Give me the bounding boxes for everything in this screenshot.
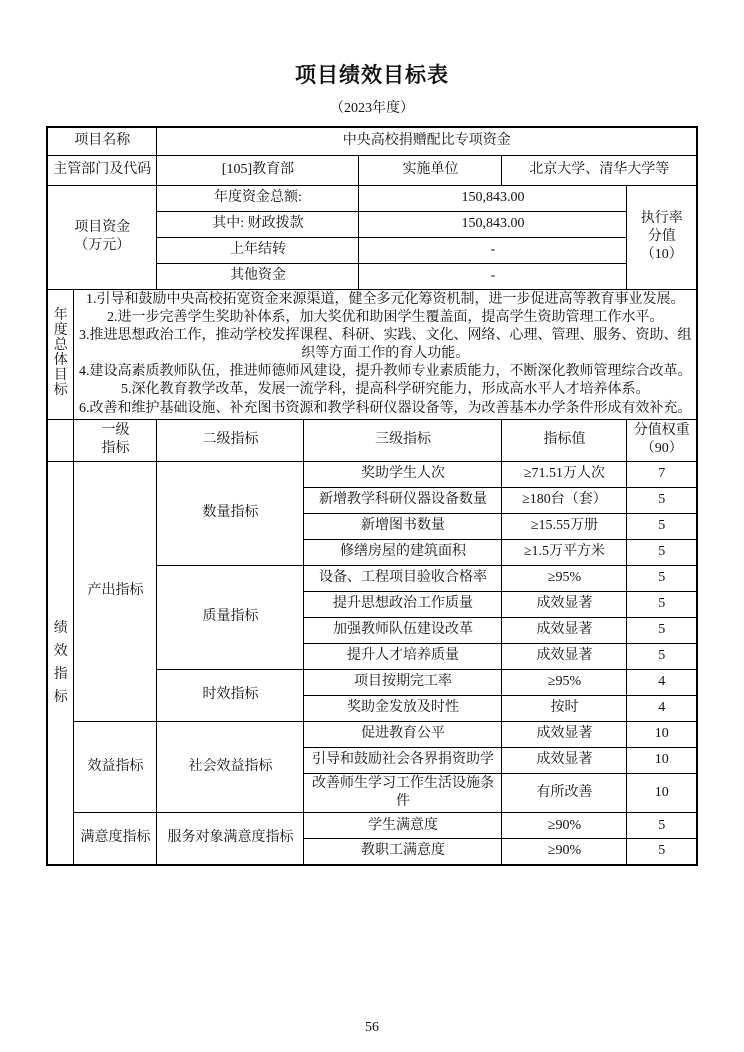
level2-quality: 质量指标 — [157, 565, 304, 669]
indicator-weight: 5 — [627, 487, 697, 513]
table-row: 满意度指标 服务对象满意度指标 学生满意度 ≥90% 5 — [47, 813, 697, 839]
indicator-value: 成效显著 — [502, 643, 627, 669]
indicator-weight: 10 — [627, 773, 697, 812]
annual-goals-cell: 1.引导和鼓励中央高校拓宽资金来源渠道，健全多元化筹资机制，进一步促进高等教育事… — [74, 289, 697, 419]
indicator-weight: 5 — [627, 591, 697, 617]
execution-rate-score-label: 执行率 分值 （10） — [627, 185, 697, 289]
table-row: 效益指标 社会效益指标 促进教育公平 成效显著 10 — [47, 721, 697, 747]
header-weight: 分值权重 （90） — [627, 419, 697, 461]
goal-item: 6.改善和维护基础设施、补充图书资源和教学科研仪器设备等，为改善基本办学条件形成… — [76, 400, 694, 418]
indicator-name: 奖助学生人次 — [304, 461, 502, 487]
indicator-weight: 5 — [627, 643, 697, 669]
indicator-value: ≥90% — [502, 839, 627, 865]
funding-label-line2: （万元） — [50, 237, 155, 255]
indicator-value: 按时 — [502, 695, 627, 721]
indicator-weight: 10 — [627, 721, 697, 747]
header-weight-line1: 分值权重 — [629, 422, 694, 440]
indicator-name: 引导和鼓励社会各界捐资助学 — [304, 747, 502, 773]
indicator-weight: 10 — [627, 747, 697, 773]
header-weight-line2: （90） — [629, 440, 694, 458]
goal-item: 2.进一步完善学生奖助补体系，加大奖优和助困学生覆盖面，提高学生资助管理工作水平… — [76, 309, 694, 327]
indicator-name: 设备、工程项目验收合格率 — [304, 565, 502, 591]
indicator-name: 教职工满意度 — [304, 839, 502, 865]
indicator-name: 促进教育公平 — [304, 721, 502, 747]
level2-timeliness: 时效指标 — [157, 669, 304, 721]
indicator-value: ≥95% — [502, 565, 627, 591]
document-page: 项目绩效目标表 （2023年度） 项目名称 中央高校捐赠配比专项资金 主管部门及… — [0, 0, 744, 1052]
indicator-name: 新增图书数量 — [304, 513, 502, 539]
indicator-value: ≥90% — [502, 813, 627, 839]
funding-row-value: 150,843.00 — [359, 185, 627, 211]
page-title: 项目绩效目标表 — [0, 0, 744, 89]
execution-rate-line3: （10） — [629, 246, 694, 264]
impl-label: 实施单位 — [359, 155, 502, 185]
table-row: 项目名称 中央高校捐赠配比专项资金 — [47, 127, 697, 155]
indicator-value: ≥71.51万人次 — [502, 461, 627, 487]
funding-row-name: 上年结转 — [157, 237, 359, 263]
indicator-value: 成效显著 — [502, 591, 627, 617]
funding-row-value: - — [359, 263, 627, 289]
indicator-weight: 7 — [627, 461, 697, 487]
table-row: 年度总体目标 1.引导和鼓励中央高校拓宽资金来源渠道，健全多元化筹资机制，进一步… — [47, 289, 697, 419]
table-header-row: 一级 指标 二级指标 三级指标 指标值 分值权重 （90） — [47, 419, 697, 461]
annual-goals-label: 年度总体目标 — [53, 308, 68, 398]
level2-service: 服务对象满意度指标 — [157, 813, 304, 865]
project-name-label: 项目名称 — [47, 127, 157, 155]
indicator-name: 学生满意度 — [304, 813, 502, 839]
indicator-value: 成效显著 — [502, 721, 627, 747]
table-row: 绩效指标 产出指标 数量指标 奖助学生人次 ≥71.51万人次 7 — [47, 461, 697, 487]
table-row: 项目资金 （万元） 年度资金总额: 150,843.00 执行率 分值 （10） — [47, 185, 697, 211]
indicator-value: ≥15.55万册 — [502, 513, 627, 539]
level1-benefit: 效益指标 — [74, 721, 157, 812]
goal-item: 4.建设高素质教师队伍，推进师德师风建设，提升教师专业素质能力，不断深化教师管理… — [76, 363, 694, 381]
indicator-name: 改善师生学习工作生活设施条件 — [304, 773, 502, 812]
indicator-value: ≥95% — [502, 669, 627, 695]
indicator-weight: 5 — [627, 839, 697, 865]
funding-row-name: 其他资金 — [157, 263, 359, 289]
dept-label: 主管部门及代码 — [47, 155, 157, 185]
goal-item: 3.推进思想政治工作，推动学校发挥课程、科研、实践、文化、网络、心理、管理、服务… — [76, 327, 694, 363]
indicator-name: 新增教学科研仪器设备数量 — [304, 487, 502, 513]
indicator-value: ≥180台（套） — [502, 487, 627, 513]
funding-row-name: 年度资金总额: — [157, 185, 359, 211]
indicator-weight: 5 — [627, 617, 697, 643]
indicator-name: 提升思想政治工作质量 — [304, 591, 502, 617]
indicator-name: 加强教师队伍建设改革 — [304, 617, 502, 643]
level1-output: 产出指标 — [74, 461, 157, 721]
indicator-name: 修缮房屋的建筑面积 — [304, 539, 502, 565]
execution-rate-line2: 分值 — [629, 228, 694, 246]
indicator-name: 奖助金发放及时性 — [304, 695, 502, 721]
header-level1: 一级 指标 — [74, 419, 157, 461]
goal-item: 5.深化教育教学改革，发展一流学科，提高科学研究能力，形成高水平人才培养体系。 — [76, 381, 694, 399]
indicator-value: 有所改善 — [502, 773, 627, 812]
level2-social: 社会效益指标 — [157, 721, 304, 812]
performance-section-label-cell: 绩效指标 — [47, 461, 74, 864]
empty-corner-cell — [47, 419, 74, 461]
header-level3: 三级指标 — [304, 419, 502, 461]
header-value: 指标值 — [502, 419, 627, 461]
indicator-weight: 5 — [627, 539, 697, 565]
goal-item: 1.引导和鼓励中央高校拓宽资金来源渠道，健全多元化筹资机制，进一步促进高等教育事… — [76, 291, 694, 309]
funding-row-name: 其中: 财政拨款 — [157, 211, 359, 237]
header-level2: 二级指标 — [157, 419, 304, 461]
annual-goals-label-cell: 年度总体目标 — [47, 289, 74, 419]
page-number: 56 — [0, 1020, 744, 1036]
funding-label-line1: 项目资金 — [50, 219, 155, 237]
execution-rate-line1: 执行率 — [629, 210, 694, 228]
header-level1-line2: 指标 — [76, 440, 154, 458]
indicator-name: 项目按期完工率 — [304, 669, 502, 695]
indicator-weight: 4 — [627, 669, 697, 695]
indicator-value: 成效显著 — [502, 617, 627, 643]
dept-value: [105]教育部 — [157, 155, 359, 185]
impl-value: 北京大学、清华大学等 — [502, 155, 697, 185]
performance-target-table: 项目名称 中央高校捐赠配比专项资金 主管部门及代码 [105]教育部 实施单位 … — [46, 126, 698, 866]
page-subtitle: （2023年度） — [0, 97, 744, 117]
level2-quantity: 数量指标 — [157, 461, 304, 565]
indicator-weight: 4 — [627, 695, 697, 721]
table-row: 主管部门及代码 [105]教育部 实施单位 北京大学、清华大学等 — [47, 155, 697, 185]
performance-section-label: 绩效指标 — [53, 617, 68, 709]
indicator-value: ≥1.5万平方米 — [502, 539, 627, 565]
indicator-weight: 5 — [627, 513, 697, 539]
funding-row-value: 150,843.00 — [359, 211, 627, 237]
project-name-value: 中央高校捐赠配比专项资金 — [157, 127, 697, 155]
indicator-weight: 5 — [627, 813, 697, 839]
level1-satisfaction: 满意度指标 — [74, 813, 157, 865]
funding-label: 项目资金 （万元） — [47, 185, 157, 289]
funding-row-value: - — [359, 237, 627, 263]
indicator-name: 提升人才培养质量 — [304, 643, 502, 669]
indicator-value: 成效显著 — [502, 747, 627, 773]
indicator-weight: 5 — [627, 565, 697, 591]
header-level1-line1: 一级 — [76, 422, 154, 440]
